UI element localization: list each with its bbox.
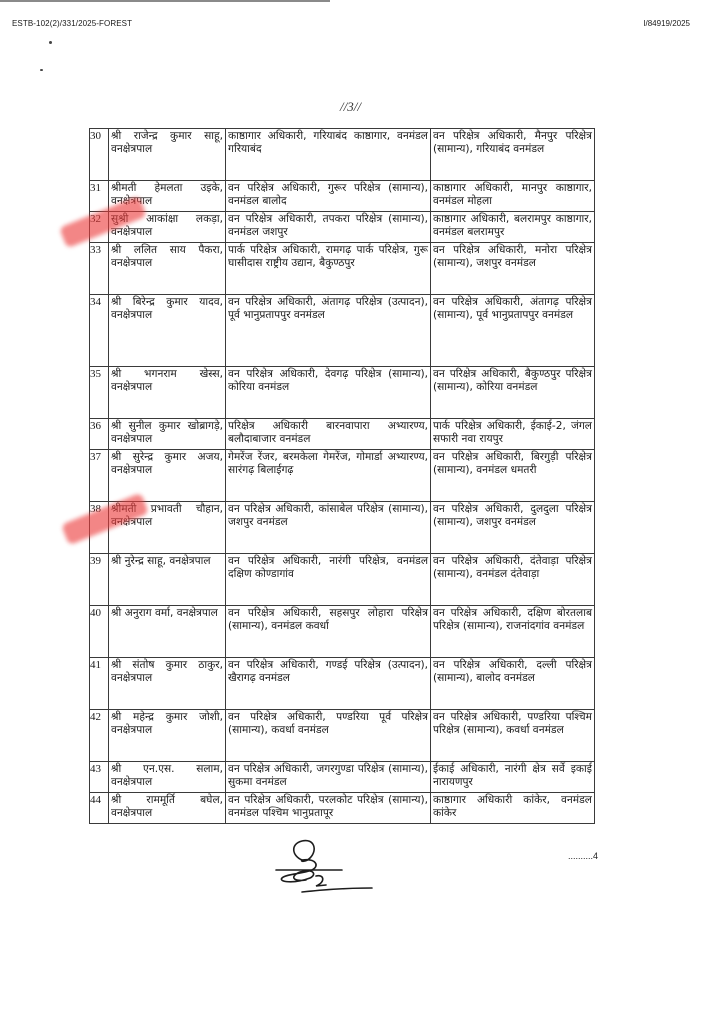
- table-row: 44श्री राममूर्ति बघेल, वनक्षेत्रपालवन पर…: [90, 793, 595, 824]
- current-posting-cell: गेमरेंज रेंजर, बरमकेला गेमरेंज, गोमार्डा…: [226, 450, 431, 502]
- table-row: 36श्री सुनील कुमार खोब्रागड़े, वनक्षेत्र…: [90, 419, 595, 450]
- new-posting-cell: वन परिक्षेत्र अधिकारी, पण्डरिया पश्चिम प…: [431, 710, 595, 762]
- new-posting-cell: वन परिक्षेत्र अधिकारी, बैकुण्ठपुर परिक्ष…: [431, 367, 595, 419]
- new-posting-cell: ईकाई अधिकारी, नारंगी क्षेत्र सर्वे इकाई …: [431, 762, 595, 793]
- current-posting-cell: वन परिक्षेत्र अधिकारी, जगरगुण्डा परिक्षे…: [226, 762, 431, 793]
- current-posting-cell: वन परिक्षेत्र अधिकारी, गण्डई परिक्षेत्र …: [226, 658, 431, 710]
- employee-name-cell: श्री ललित साय पैकरा, वनक्षेत्रपाल: [109, 243, 226, 295]
- table-row: 39श्री नुरेन्द्र साहू, वनक्षेत्रपालवन पर…: [90, 554, 595, 606]
- current-posting-cell: वन परिक्षेत्र अधिकारी, गुरूर परिक्षेत्र …: [226, 181, 431, 212]
- current-posting-cell: वन परिक्षेत्र अधिकारी, सहसपुर लोहारा परि…: [226, 606, 431, 658]
- table-row: 35श्री भगनराम खेस्स, वनक्षेत्रपालवन परिक…: [90, 367, 595, 419]
- current-posting-cell: पार्क परिक्षेत्र अधिकारी, रामगढ़ पार्क प…: [226, 243, 431, 295]
- employee-name-cell: श्री नुरेन्द्र साहू, वनक्षेत्रपाल: [109, 554, 226, 606]
- current-posting-cell: वन परिक्षेत्र अधिकारी, अंतागढ़ परिक्षेत्…: [226, 295, 431, 367]
- employee-name-cell: श्री अनुराग वर्मा, वनक्षेत्रपाल: [109, 606, 226, 658]
- employee-name-cell: श्री एन.एस. सलाम, वनक्षेत्रपाल: [109, 762, 226, 793]
- current-posting-cell: परिक्षेत्र अधिकारी बारनवापारा अभ्यारण्य,…: [226, 419, 431, 450]
- current-posting-cell: वन परिक्षेत्र अधिकारी, नारंगी परिक्षेत्र…: [226, 554, 431, 606]
- transfer-table: 30श्री राजेन्द्र कुमार साहू, वनक्षेत्रपा…: [89, 128, 595, 824]
- current-posting-cell: वन परिक्षेत्र अधिकारी, देवगढ़ परिक्षेत्र…: [226, 367, 431, 419]
- new-posting-cell: पार्क परिक्षेत्र अधिकारी, ईकाई-2, जंगल स…: [431, 419, 595, 450]
- document-reference: I/84919/2025: [643, 19, 690, 28]
- table-row: 42श्री महेन्द्र कुमार जोशी, वनक्षेत्रपाल…: [90, 710, 595, 762]
- new-posting-cell: वन परिक्षेत्र अधिकारी, दक्षिण बोरतलाब पर…: [431, 606, 595, 658]
- transfer-table-body: 30श्री राजेन्द्र कुमार साहू, वनक्षेत्रपा…: [90, 129, 595, 824]
- serial-number-cell: 33: [90, 243, 109, 295]
- new-posting-cell: वन परिक्षेत्र अधिकारी, दल्ली परिक्षेत्र …: [431, 658, 595, 710]
- current-posting-cell: वन परिक्षेत्र अधिकारी, पण्डरिया पूर्व पर…: [226, 710, 431, 762]
- new-posting-cell: वन परिक्षेत्र अधिकारी, बिरगुड़ी परिक्षेत…: [431, 450, 595, 502]
- serial-number-cell: 37: [90, 450, 109, 502]
- serial-number-cell: 43: [90, 762, 109, 793]
- new-posting-cell: वन परिक्षेत्र अधिकारी, अंतागढ़ परिक्षेत्…: [431, 295, 595, 367]
- new-posting-cell: वन परिक्षेत्र अधिकारी, मैनपुर परिक्षेत्र…: [431, 129, 595, 181]
- scan-speck: [49, 41, 52, 44]
- serial-number-cell: 34: [90, 295, 109, 367]
- scan-speck: [40, 69, 43, 71]
- table-row: 37श्री सुरेन्द्र कुमार अजय, वनक्षेत्रपाल…: [90, 450, 595, 502]
- serial-number-cell: 35: [90, 367, 109, 419]
- table-row: 31श्रीमती हेमलता उइके, वनक्षेत्रपालवन पर…: [90, 181, 595, 212]
- new-posting-cell: काष्ठागार अधिकारी कांकेर, वनमंडल कांकेर: [431, 793, 595, 824]
- employee-name-cell: श्री महेन्द्र कुमार जोशी, वनक्षेत्रपाल: [109, 710, 226, 762]
- signature-icon: [272, 838, 382, 896]
- serial-number-cell: 42: [90, 710, 109, 762]
- continuation-marker: ..........4: [568, 851, 598, 861]
- new-posting-cell: काष्ठागार अधिकारी, बलरामपुर काष्ठागार, व…: [431, 212, 595, 243]
- current-posting-cell: वन परिक्षेत्र अधिकारी, तपकरा परिक्षेत्र …: [226, 212, 431, 243]
- new-posting-cell: वन परिक्षेत्र अधिकारी, मनोरा परिक्षेत्र …: [431, 243, 595, 295]
- table-row: 34श्री बिरेन्द्र कुमार यादव, वनक्षेत्रपा…: [90, 295, 595, 367]
- table-row: 41श्री संतोष कुमार ठाकुर, वनक्षेत्रपालवन…: [90, 658, 595, 710]
- serial-number-cell: 44: [90, 793, 109, 824]
- table-row: 38श्रीमती प्रभावती चौहान, वनक्षेत्रपालवन…: [90, 502, 595, 554]
- new-posting-cell: वन परिक्षेत्र अधिकारी, दंतेवाड़ा परिक्षे…: [431, 554, 595, 606]
- employee-name-cell: श्री संतोष कुमार ठाकुर, वनक्षेत्रपाल: [109, 658, 226, 710]
- current-posting-cell: वन परिक्षेत्र अधिकारी, परलकोट परिक्षेत्र…: [226, 793, 431, 824]
- serial-number-cell: 30: [90, 129, 109, 181]
- new-posting-cell: काष्ठागार अधिकारी, मानपुर काष्ठागार, वनम…: [431, 181, 595, 212]
- serial-number-cell: 41: [90, 658, 109, 710]
- employee-name-cell: श्री राजेन्द्र कुमार साहू, वनक्षेत्रपाल: [109, 129, 226, 181]
- serial-number-cell: 31: [90, 181, 109, 212]
- page-marker: //3//: [340, 99, 361, 115]
- employee-name-cell: श्री सुनील कुमार खोब्रागड़े, वनक्षेत्रपा…: [109, 419, 226, 450]
- serial-number-cell: 39: [90, 554, 109, 606]
- table-row: 43श्री एन.एस. सलाम, वनक्षेत्रपालवन परिक्…: [90, 762, 595, 793]
- current-posting-cell: काष्ठागार अधिकारी, गरियाबंद काष्ठागार, व…: [226, 129, 431, 181]
- file-reference: ESTB-102(2)/331/2025-FOREST: [12, 19, 132, 28]
- table-row: 33श्री ललित साय पैकरा, वनक्षेत्रपालपार्क…: [90, 243, 595, 295]
- employee-name-cell: श्री सुरेन्द्र कुमार अजय, वनक्षेत्रपाल: [109, 450, 226, 502]
- table-row: 40श्री अनुराग वर्मा, वनक्षेत्रपालवन परिक…: [90, 606, 595, 658]
- new-posting-cell: वन परिक्षेत्र अधिकारी, दुलदुला परिक्षेत्…: [431, 502, 595, 554]
- serial-number-cell: 36: [90, 419, 109, 450]
- employee-name-cell: श्री भगनराम खेस्स, वनक्षेत्रपाल: [109, 367, 226, 419]
- current-posting-cell: वन परिक्षेत्र अधिकारी, कांसाबेल परिक्षेत…: [226, 502, 431, 554]
- table-row: 32सुश्री आकांक्षा लकड़ा, वनक्षेत्रपालवन …: [90, 212, 595, 243]
- serial-number-cell: 40: [90, 606, 109, 658]
- scan-edge-bar: [0, 0, 330, 2]
- table-row: 30श्री राजेन्द्र कुमार साहू, वनक्षेत्रपा…: [90, 129, 595, 181]
- employee-name-cell: श्री बिरेन्द्र कुमार यादव, वनक्षेत्रपाल: [109, 295, 226, 367]
- employee-name-cell: श्री राममूर्ति बघेल, वनक्षेत्रपाल: [109, 793, 226, 824]
